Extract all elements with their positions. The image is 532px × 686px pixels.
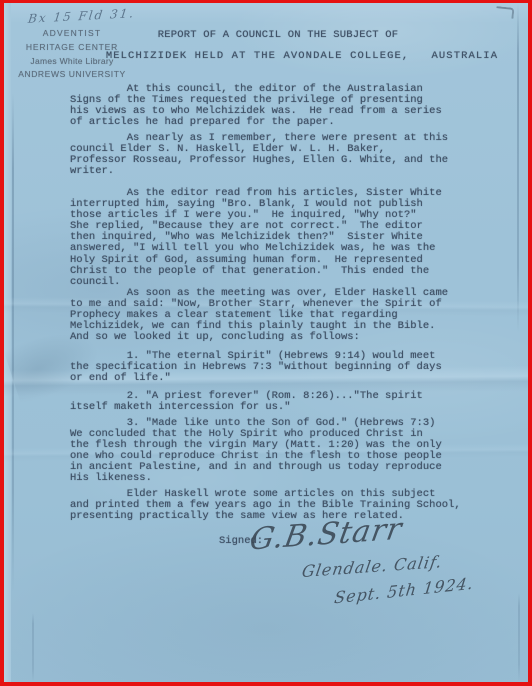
signature-date-handwritten: Sept. 5th 1924. — [333, 574, 475, 608]
signature-place-handwritten: Glendale. Calif. — [301, 552, 444, 581]
scanned-document-page: Bx 15 Fld 31. ADVENTIST HERITAGE CENTER … — [4, 3, 528, 682]
paragraph-sister-white-interruption: As the editor read from his articles, Si… — [70, 188, 442, 288]
paragraph-attendees: As nearly as I remember, there were pres… — [70, 133, 448, 177]
numbered-point-1-eternal-spirit: 1. "The eternal Spirit" (Hebrews 9:14) w… — [70, 351, 442, 384]
numbered-point-2-priest-forever: 2. "A priest forever" (Rom. 8:26)..."The… — [70, 391, 423, 413]
document-title-line-1: REPORT OF A COUNCIL ON THE SUBJECT OF — [12, 30, 532, 41]
archival-box-folder-note: Bx 15 Fld 31. — [27, 6, 136, 26]
paragraph-haskell-after-meeting: As soon as the meeting was over, Elder H… — [70, 288, 448, 343]
stamp-line-andrews-university: ANDREWS UNIVERSITY — [16, 69, 128, 79]
numbered-point-3-made-like-son-of-god: 3. "Made like unto the Son of God." (Heb… — [70, 418, 442, 485]
vertical-fold-crease-bottom-right — [518, 593, 520, 682]
vertical-fold-crease-bottom-left — [32, 613, 34, 682]
paper-edge-highlight — [4, 3, 11, 682]
document-title-line-2: MELCHIZIDEK HELD AT THE AVONDALE COLLEGE… — [36, 51, 532, 62]
paragraph-council-introduction: At this council, the editor of the Austr… — [70, 84, 442, 128]
page-corner-curl-mark — [495, 6, 514, 19]
vertical-fold-crease-left — [12, 93, 14, 593]
